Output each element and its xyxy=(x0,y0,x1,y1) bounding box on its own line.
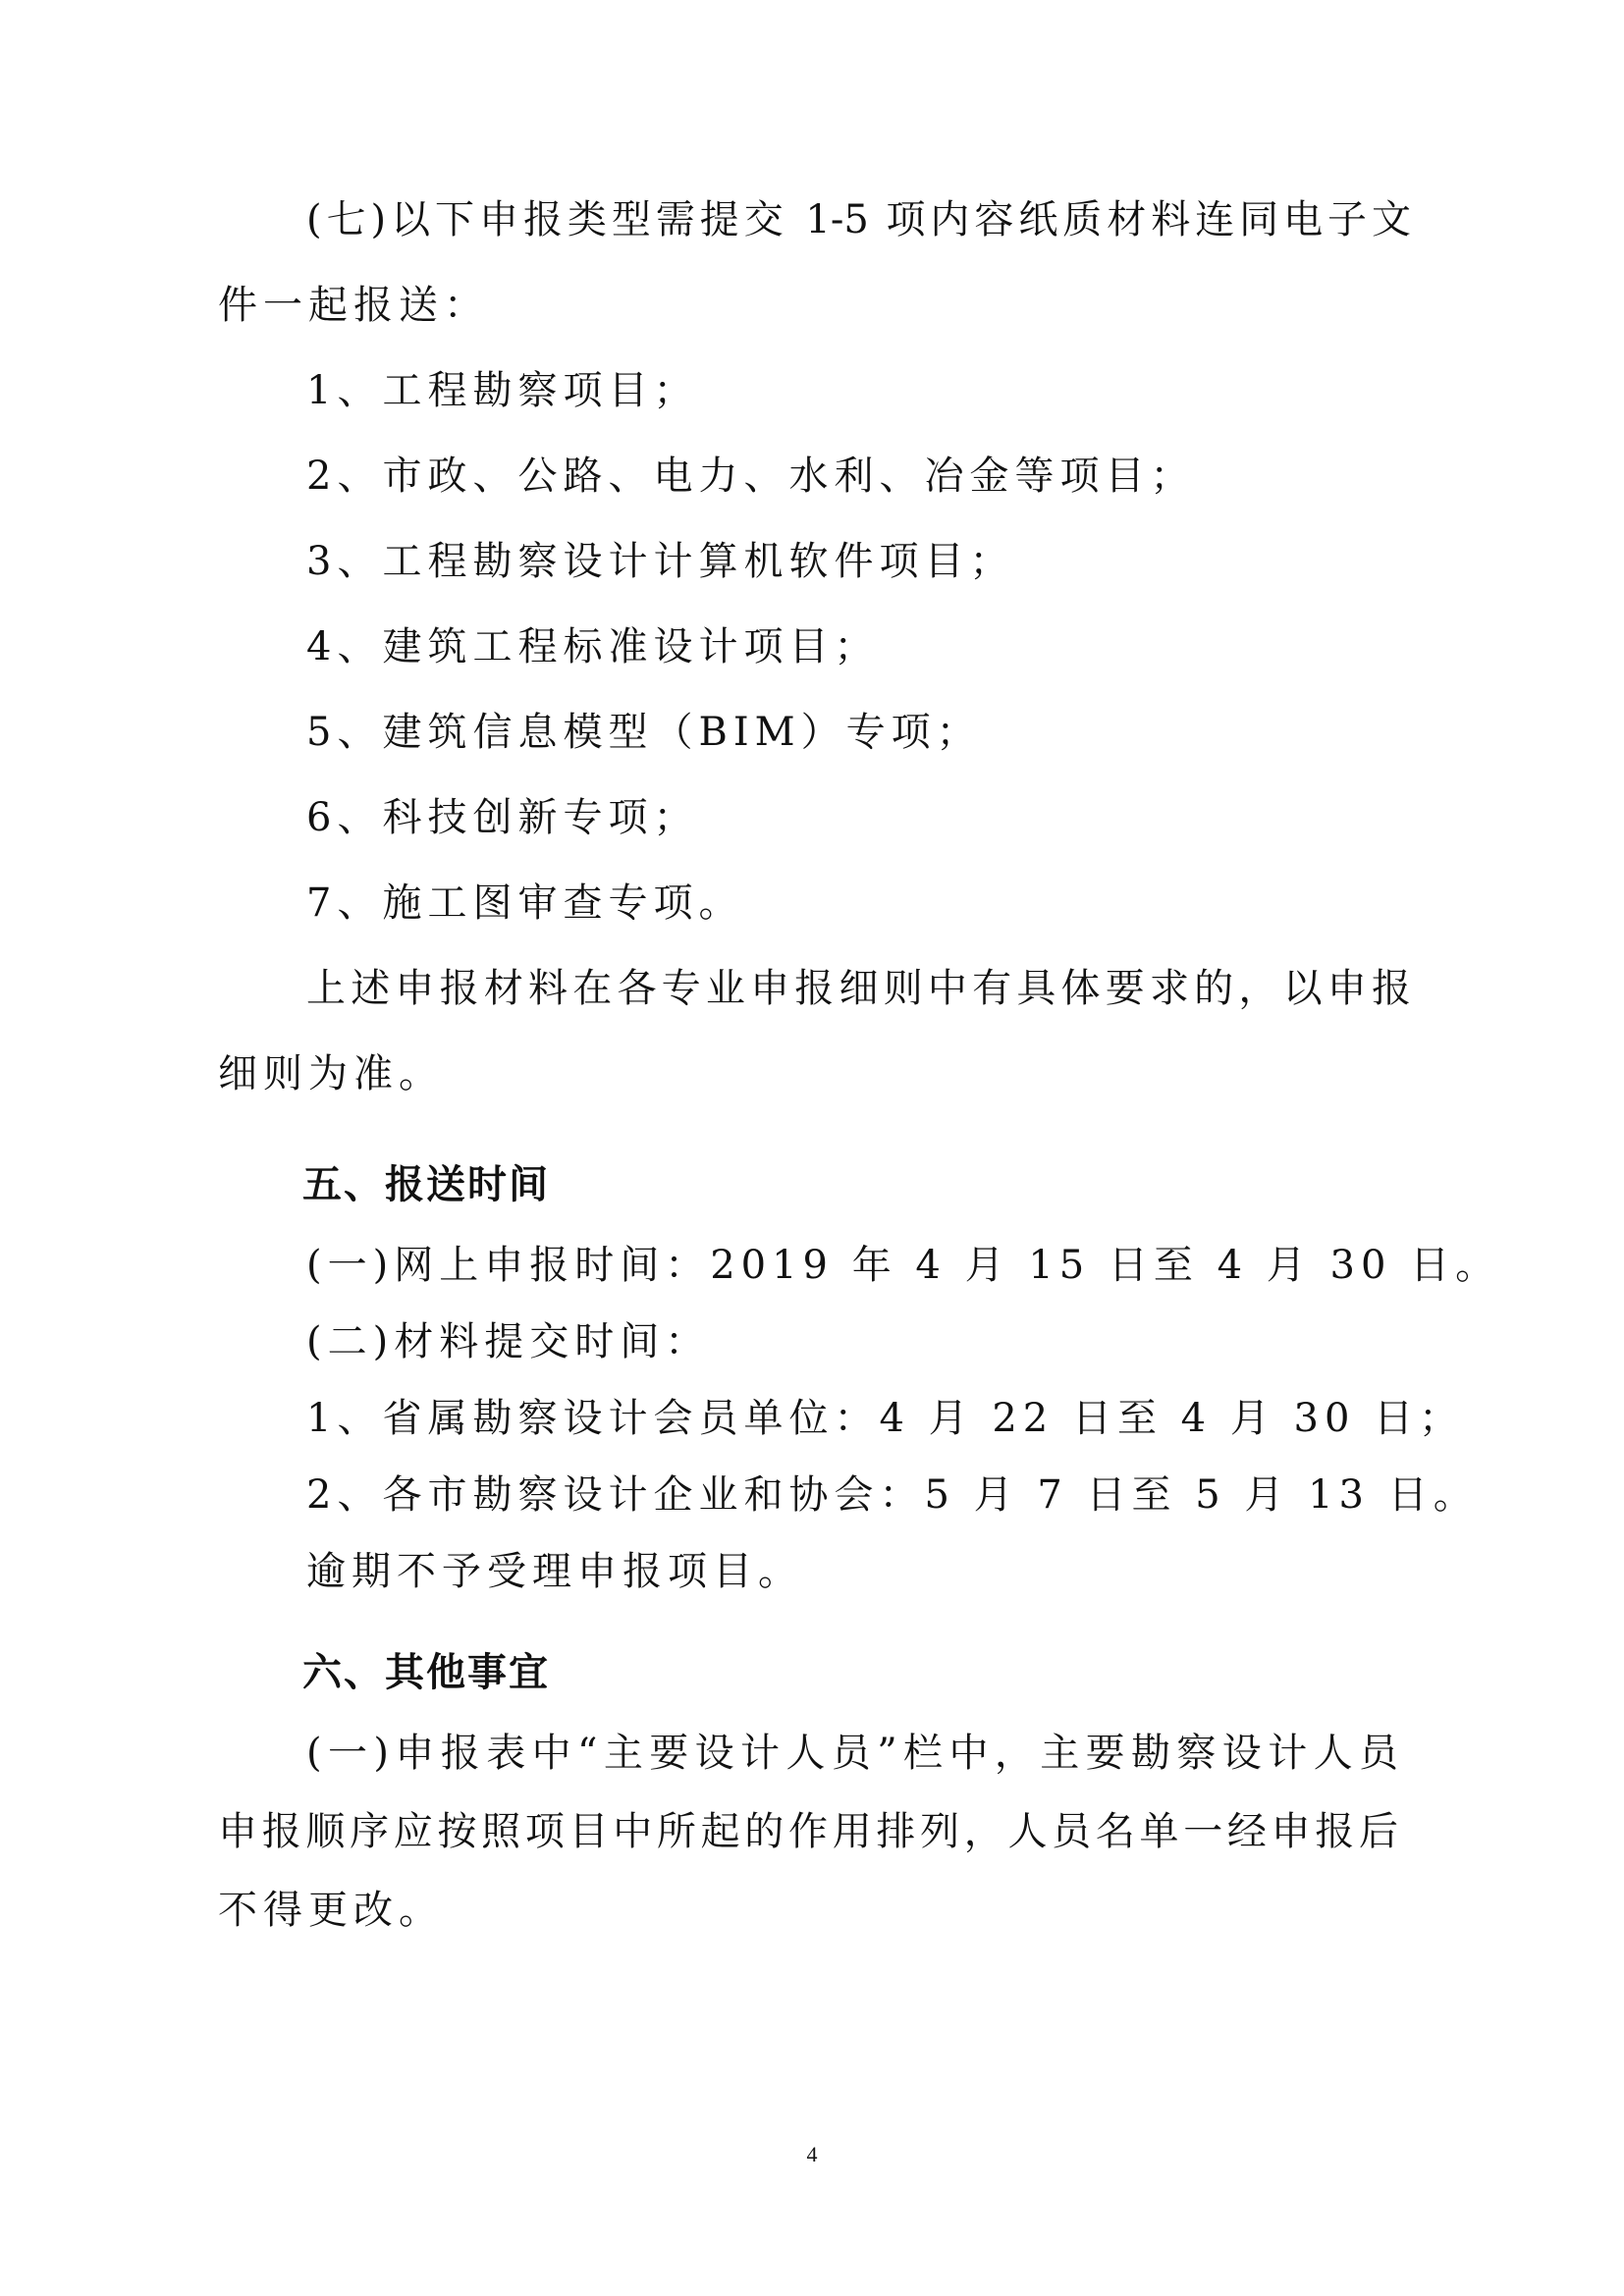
paragraph-line: 逾期不予受理申报项目。 xyxy=(306,1548,803,1595)
paragraph-line: 不得更改。 xyxy=(218,1887,444,1934)
paragraph-line: (一)申报表中“主要设计人员”栏中，主要勘察设计人员 xyxy=(306,1730,1398,1777)
list-item: 1、省属勘察设计会员单位：4 月 22 日至 4 月 30 日； xyxy=(306,1395,1464,1442)
paragraph-line: (一)网上申报时间：2019 年 4 月 15 日至 4 月 30 日。 xyxy=(306,1242,1500,1289)
list-item: 1、工程勘察项目； xyxy=(306,367,698,414)
paragraph-line: (七)以下申报类型需提交 1-5 项内容纸质材料连同电子文 xyxy=(306,196,1411,243)
document-page: (七)以下申报类型需提交 1-5 项内容纸质材料连同电子文 件一起报送： 1、工… xyxy=(0,0,1624,2296)
section-heading: 五、报送时间 xyxy=(302,1161,550,1208)
list-item: 5、建筑信息模型（BIM）专项； xyxy=(306,709,982,756)
paragraph-line: 申报顺序应按照项目中所起的作用排列，人员名单一经申报后 xyxy=(218,1808,1398,1855)
section-heading: 六、其他事宜 xyxy=(302,1649,550,1696)
page-number: 4 xyxy=(0,2142,1624,2167)
paragraph-line: 件一起报送： xyxy=(218,282,489,329)
list-item: 6、科技创新专项； xyxy=(306,794,698,841)
paragraph-line: 细则为准。 xyxy=(218,1050,444,1097)
paragraph-line: (二)材料提交时间： xyxy=(306,1318,710,1365)
list-item: 3、工程勘察设计计算机软件项目； xyxy=(306,538,1014,585)
list-item: 2、各市勘察设计企业和协会：5 月 7 日至 5 月 13 日。 xyxy=(306,1471,1479,1519)
paragraph-line: 上述申报材料在各专业申报细则中有具体要求的，以申报 xyxy=(306,965,1411,1012)
list-item: 2、市政、公路、电力、水利、冶金等项目； xyxy=(306,453,1195,500)
list-item: 7、施工图审查专项。 xyxy=(306,880,743,927)
list-item: 4、建筑工程标准设计项目； xyxy=(306,623,879,670)
